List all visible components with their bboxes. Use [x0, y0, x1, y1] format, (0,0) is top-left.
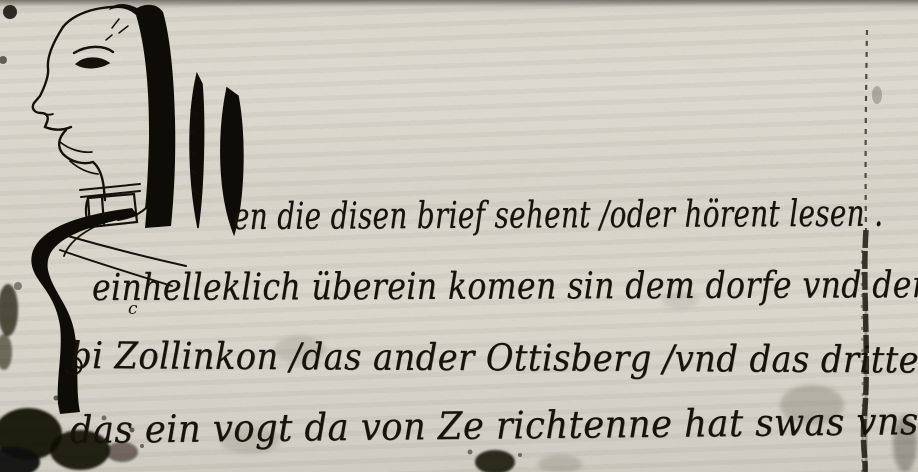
manuscript-text-line-1: en die disen brief sehent /oder hörent l… — [233, 194, 884, 238]
insertion-mark: c — [128, 299, 138, 319]
manuscript-text-line-4: das ein vogt da von Ze richtenne hat swa… — [70, 400, 918, 452]
manuscript-text-line-2: einhelleklich überein komen sin dem dorf… — [92, 265, 918, 309]
manuscript-text-line-3: bi Zollinkon /das ander Ottisberg /vnd d… — [70, 336, 918, 381]
manuscript-photo: en die disen brief sehent /oder hörent l… — [0, 0, 918, 472]
